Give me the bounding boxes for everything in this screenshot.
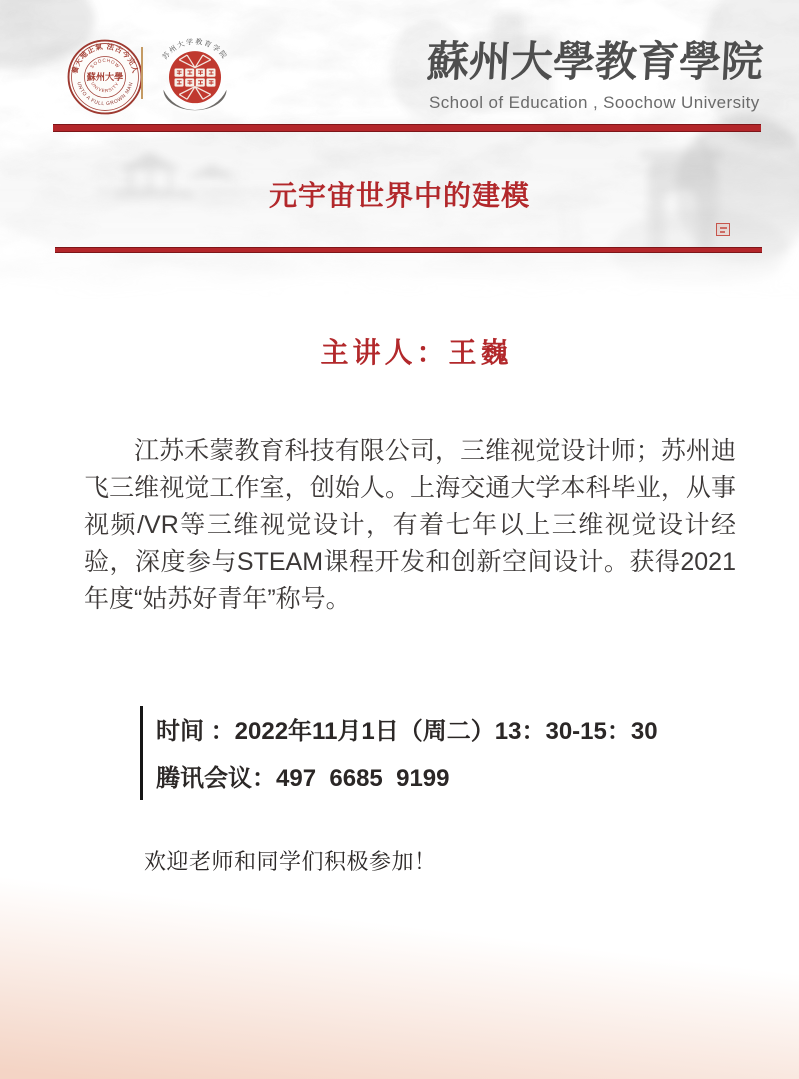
speaker-bio: 江苏禾蒙教育科技有限公司，三维视觉设计师；苏州迪飞三维视觉工作室，创始人。上海交…: [84, 433, 736, 618]
bottom-gradient-decoration: [0, 850, 799, 1079]
school-name-calligraphy: 蘇州大學教育學院: [424, 36, 767, 88]
speaker-line: 主讲人：王巍: [0, 331, 799, 371]
top-rule: [53, 124, 761, 132]
school-name-english: School of Education , Soochow University: [429, 93, 759, 113]
artist-seal-stamp: [716, 223, 730, 236]
lecture-poster: 養天地正氣 法古今完人 UNTO A FULL GROWN MAN SOOCHO…: [0, 0, 799, 1079]
soochow-university-seal-logo: 養天地正氣 法古今完人 UNTO A FULL GROWN MAN SOOCHO…: [67, 39, 143, 115]
schedule-meeting-id: 腾讯会议：497 6685 9199: [156, 758, 658, 793]
lecture-title: 元宇宙世界中的建模: [0, 174, 799, 214]
schedule-block: 时间 ：2022年11月1日（周二）13：30-15：30 腾讯会议：497 6…: [140, 706, 658, 800]
schedule-time: 时间 ：2022年11月1日（周二）13：30-15：30: [156, 711, 658, 746]
logo-divider: [141, 47, 143, 99]
seal-center-zh: 蘇州大學: [87, 71, 124, 82]
bottom-rule: [55, 247, 762, 253]
school-of-education-emblem-logo: 苏州大学教育学院 SCHOOL OF EDUCATION · SOOCHOW U: [155, 33, 235, 115]
welcome-line: 欢迎老师和同学们积极参加！: [144, 845, 437, 876]
